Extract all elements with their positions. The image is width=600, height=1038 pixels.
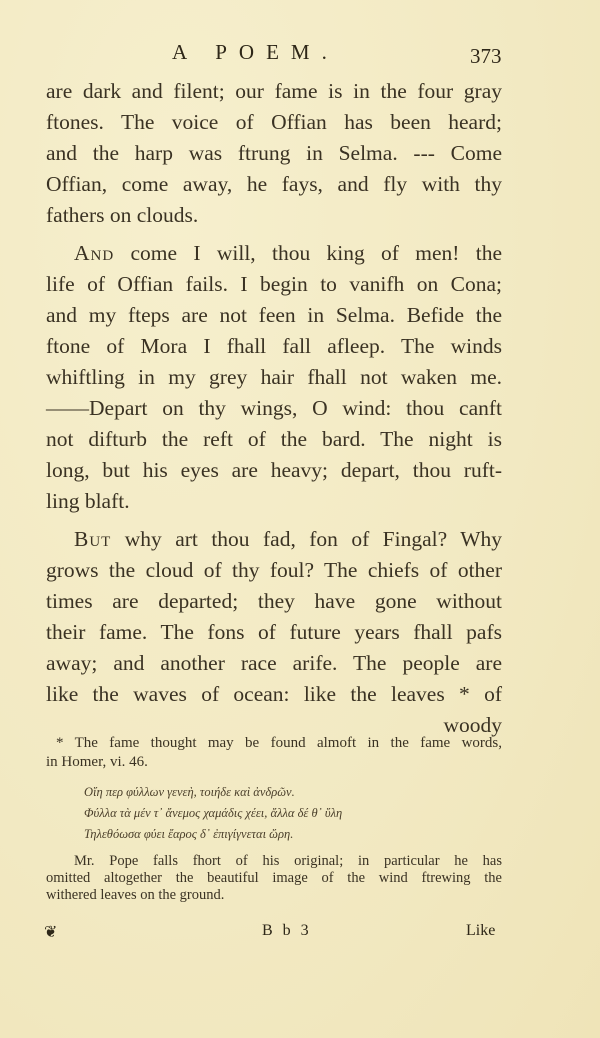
text-line: away; and another race arife. The people…: [46, 648, 502, 679]
footnote-line: in Homer, vi. 46.: [46, 753, 502, 772]
page-footer: ❦ B b 3 Like: [0, 922, 600, 946]
footnote-note: * The fame thought may be found almoft i…: [46, 734, 502, 772]
text-line: times are departed; they have gone witho…: [46, 586, 502, 617]
text-line: life of Offian fails. I begin to vanifh …: [46, 269, 502, 300]
text-line: are dark and filent; our fame is in the …: [46, 76, 502, 107]
footnote-line: Mr. Pope falls fhort of his original; in…: [46, 853, 502, 870]
page-number: 373: [470, 44, 502, 69]
text-line: and my fteps are not feen in Selma. Befi…: [46, 300, 502, 331]
text-line: not difturb the reft of the bard. The ni…: [46, 424, 502, 455]
book-page: A POEM. 373 are dark and filent; our fam…: [0, 0, 600, 1038]
catchword: Like: [466, 922, 495, 940]
text-line: their fame. The fons of future years fha…: [46, 617, 502, 648]
text-line: fathers on clouds.: [46, 200, 502, 231]
footnote-line: * The fame thought may be found almoft i…: [46, 734, 502, 753]
footnote-commentary: Mr. Pope falls fhort of his original; in…: [46, 853, 502, 904]
paragraph-1: are dark and filent; our fame is in the …: [46, 76, 502, 231]
paragraph-2: And come I will, thou king of men! the l…: [46, 238, 502, 517]
greek-line: Τηλεθόωσα φύει ἔαρος δ᾽ ἐπιγίγνεται ὥρη.: [84, 824, 502, 845]
running-head: A POEM. 373: [0, 40, 600, 70]
greek-line: Οἵη περ φύλλων γενεὴ, τοιήδε καὶ ἀνδρῶν.: [84, 782, 502, 803]
printer-mark-icon: ❦: [44, 922, 57, 942]
footnote: * The fame thought may be found almoft i…: [46, 734, 502, 904]
text-line: But why art thou fad, fon of Fingal? Why: [46, 524, 502, 555]
text-line: like the waves of ocean: like the leaves…: [46, 679, 502, 710]
greek-line: Φύλλα τὰ μέν τ᾽ ἄνεμος χαμάδις χέει, ἄλλ…: [84, 803, 502, 824]
greek-quotation: Οἵη περ φύλλων γενεὴ, τοιήδε καὶ ἀνδρῶν.…: [46, 782, 502, 845]
text-line: ling blaft.: [46, 486, 502, 517]
main-text: are dark and filent; our fame is in the …: [46, 76, 502, 741]
lead-word: But: [74, 527, 111, 551]
text-line: and the harp was ftrung in Selma. --- Co…: [46, 138, 502, 169]
paragraph-3: But why art thou fad, fon of Fingal? Why…: [46, 524, 502, 741]
text-line: ftone of Mora I fhall fall afleep. The w…: [46, 331, 502, 362]
running-title: A POEM.: [172, 40, 339, 65]
text-line: ftones. The voice of Offian has been hea…: [46, 107, 502, 138]
lead-word: And: [74, 241, 114, 265]
text-line: ——Depart on thy wings, O wind: thou canf…: [46, 393, 502, 424]
signature-mark: B b 3: [262, 922, 312, 940]
text-line: Offian, come away, he fays, and fly with…: [46, 169, 502, 200]
text-line: And come I will, thou king of men! the: [46, 238, 502, 269]
footnote-line: omitted altogether the beautiful image o…: [46, 870, 502, 887]
text-line: long, but his eyes are heavy; depart, th…: [46, 455, 502, 486]
footnote-line: withered leaves on the ground.: [46, 887, 502, 904]
text-line: grows the cloud of thy foul? The chiefs …: [46, 555, 502, 586]
text-line: whiftling in my grey hair fhall not wake…: [46, 362, 502, 393]
